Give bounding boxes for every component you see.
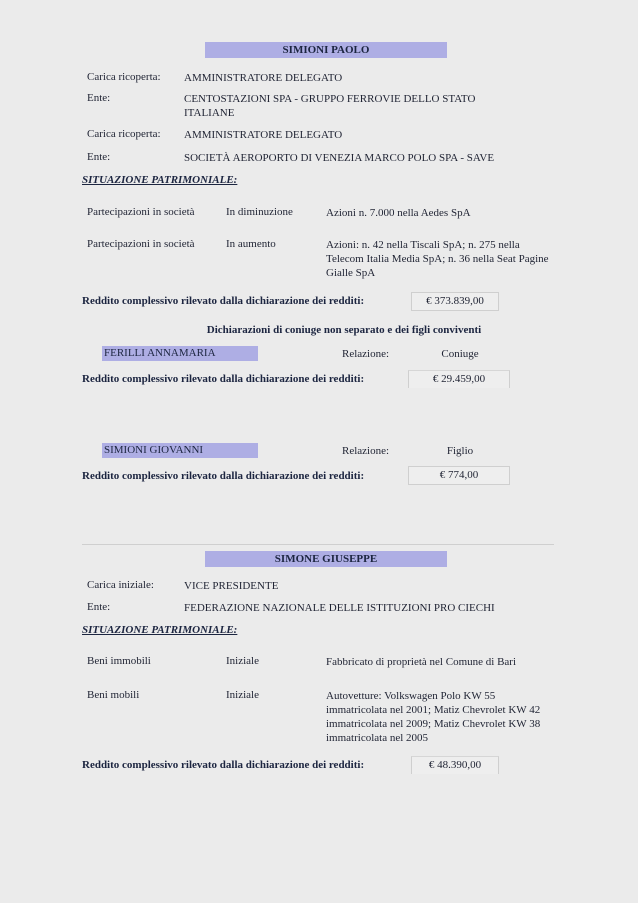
asset-change: In diminuzione	[226, 206, 293, 218]
relation-label: Relazione:	[342, 445, 389, 457]
entity-value: FEDERAZIONE NAZIONALE DELLE ISTITUZIONI …	[184, 601, 544, 615]
family-member-name: FERILLI ANNAMARIA	[102, 346, 258, 361]
income-value: € 29.459,00	[408, 370, 510, 388]
asset-description: Autovetture: Volkswagen Polo KW 55 immat…	[326, 689, 558, 745]
asset-type: Beni immobili	[87, 655, 151, 667]
income-value: € 373.839,00	[411, 292, 499, 311]
relation-label: Relazione:	[342, 348, 389, 360]
asset-description: Fabbricato di proprietà nel Comune di Ba…	[326, 655, 566, 669]
asset-description: Azioni n. 7.000 nella Aedes SpA	[326, 206, 556, 220]
asset-type: Partecipazioni in società	[87, 238, 195, 250]
role-label: Carica ricoperta:	[87, 128, 161, 140]
section-divider	[82, 544, 554, 545]
asset-change: Iniziale	[226, 655, 259, 667]
asset-change: In aumento	[226, 238, 276, 250]
family-section-title: Dichiarazioni di coniuge non separato e …	[25, 324, 638, 336]
section-title-patrimonio: SITUAZIONE PATRIMONIALE:	[82, 174, 237, 186]
income-label: Reddito complessivo rilevato dalla dichi…	[82, 373, 364, 385]
role-value: AMMINISTRATORE DELEGATO	[184, 128, 544, 142]
family-member-name: SIMIONI GIOVANNI	[102, 443, 258, 458]
role-label: Carica iniziale:	[87, 579, 154, 591]
person-name-header: SIMIONI PAOLO	[205, 42, 447, 58]
entity-value: SOCIETÀ AEROPORTO DI VENEZIA MARCO POLO …	[184, 151, 544, 165]
entity-label: Ente:	[87, 92, 110, 104]
asset-type: Partecipazioni in società	[87, 206, 195, 218]
role-label: Carica ricoperta:	[87, 71, 161, 83]
person-name-header: SIMONE GIUSEPPE	[205, 551, 447, 567]
asset-type: Beni mobili	[87, 689, 139, 701]
entity-value: CENTOSTAZIONI SPA - GRUPPO FERROVIE DELL…	[184, 92, 514, 120]
entity-label: Ente:	[87, 151, 110, 163]
relation-value: Coniuge	[420, 348, 500, 360]
income-value: € 48.390,00	[411, 756, 499, 774]
relation-value: Figlio	[420, 445, 500, 457]
section-title-patrimonio: SITUAZIONE PATRIMONIALE:	[82, 624, 237, 636]
income-label: Reddito complessivo rilevato dalla dichi…	[82, 470, 364, 482]
income-label: Reddito complessivo rilevato dalla dichi…	[82, 759, 364, 771]
entity-label: Ente:	[87, 601, 110, 613]
role-value: AMMINISTRATORE DELEGATO	[184, 71, 544, 85]
income-label: Reddito complessivo rilevato dalla dichi…	[82, 295, 364, 307]
asset-change: Iniziale	[226, 689, 259, 701]
income-value: € 774,00	[408, 466, 510, 485]
role-value: VICE PRESIDENTE	[184, 579, 544, 593]
asset-description: Azioni: n. 42 nella Tiscali SpA; n. 275 …	[326, 238, 556, 280]
